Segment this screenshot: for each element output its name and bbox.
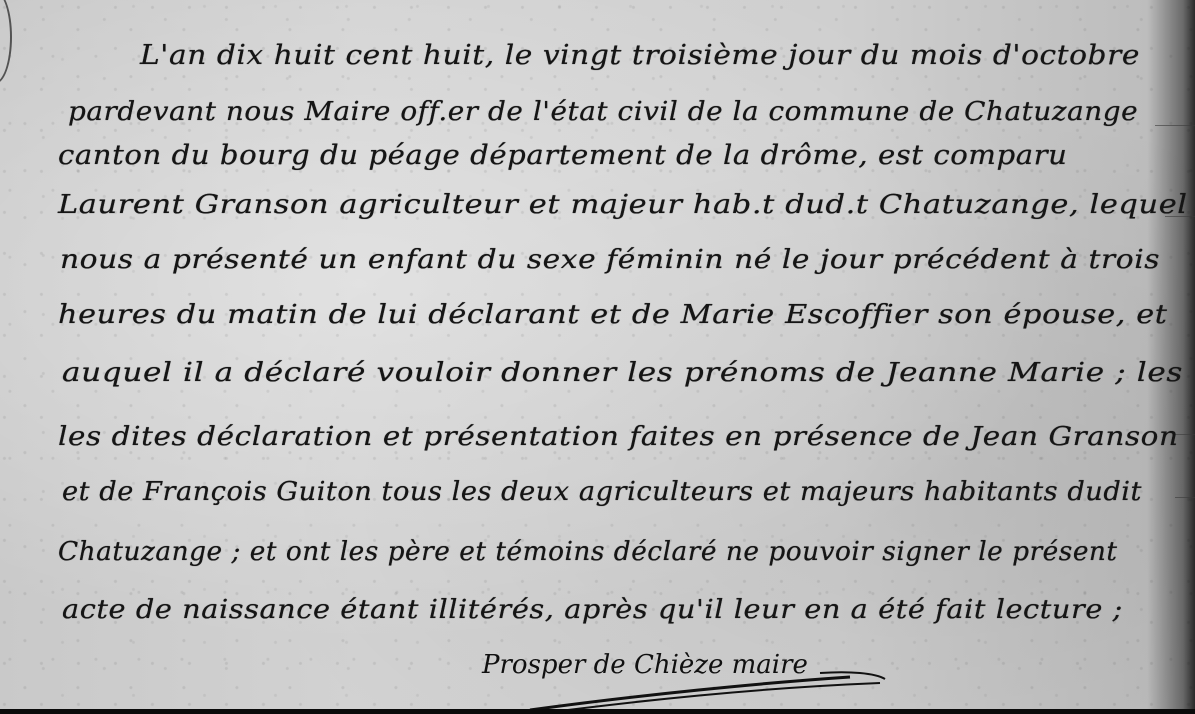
- text-line-2: pardevant nous Maire off.er de l'état ci…: [68, 97, 1138, 127]
- document-scan: L'an dix huit cent huit, le vingt troisi…: [0, 0, 1195, 709]
- text-line-3: canton du bourg du péage département de …: [58, 140, 1067, 171]
- text-line-11: acte de naissance étant illitérés, après…: [62, 595, 1123, 625]
- text-line-4: Laurent Granson agriculteur et majeur ha…: [58, 190, 1188, 220]
- signature-flourish-icon: [520, 665, 920, 709]
- scan-border: [0, 709, 1195, 714]
- text-line-5: nous a présenté un enfant du sexe fémini…: [60, 245, 1160, 275]
- ruled-line: [1155, 125, 1195, 126]
- text-line-6: heures du matin de lui déclarant et de M…: [58, 300, 1168, 330]
- text-line-1: L'an dix huit cent huit, le vingt troisi…: [140, 40, 1140, 71]
- text-line-10: Chatuzange ; et ont les père et témoins …: [58, 537, 1118, 567]
- text-line-8: les dites déclaration et présentation fa…: [58, 422, 1179, 452]
- text-line-9: et de François Guiton tous les deux agri…: [62, 477, 1142, 507]
- margin-mark: [0, 0, 12, 84]
- ruled-line: [1175, 497, 1195, 498]
- text-line-7: auquel il a déclaré vouloir donner les p…: [62, 358, 1183, 388]
